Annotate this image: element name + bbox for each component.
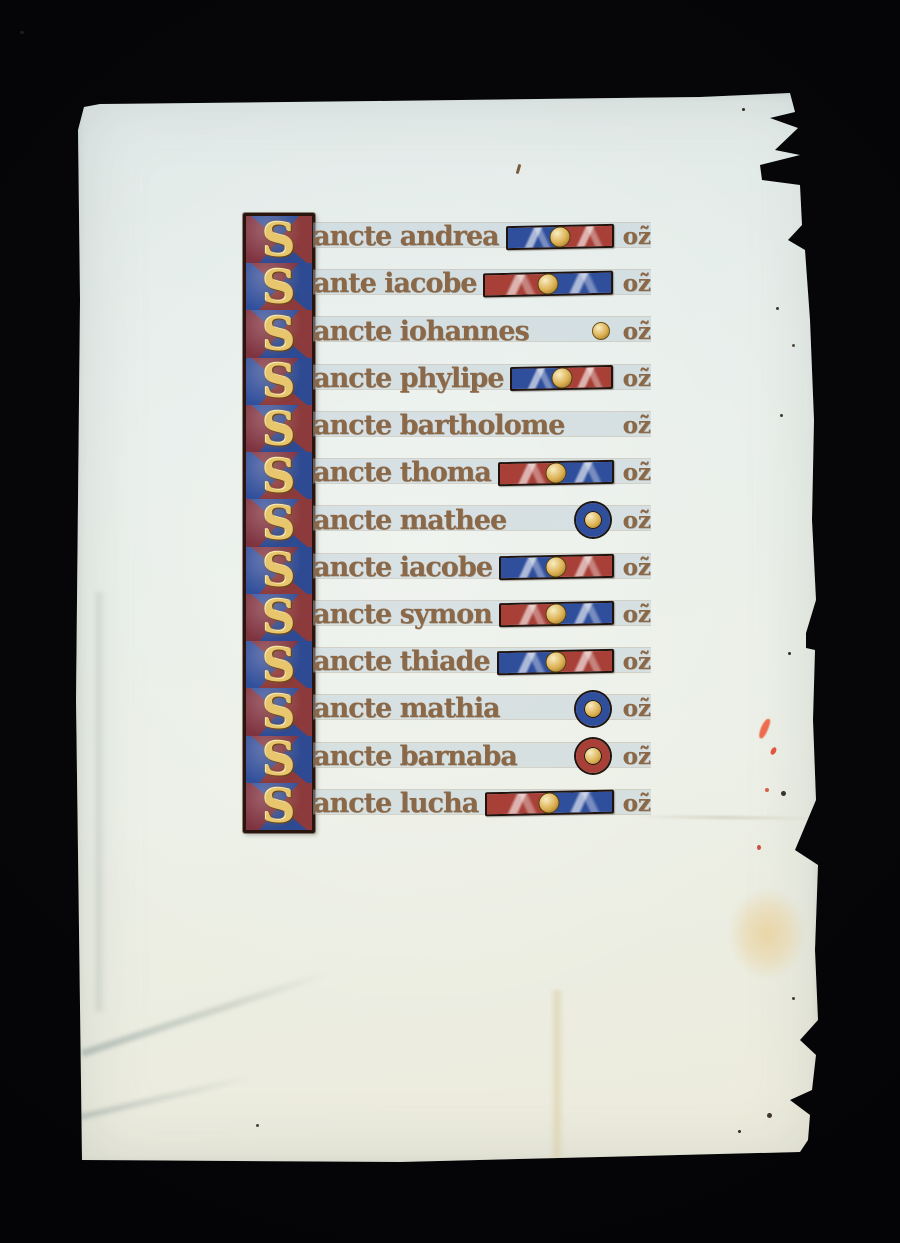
ora-abbreviation: oz̃	[623, 743, 651, 770]
ora-abbreviation: oz̃	[623, 318, 651, 345]
ora-abbreviation: oz̃	[623, 790, 651, 817]
line-filler-ring	[576, 739, 610, 773]
manuscript-leaf: S S S S S S S S S S S S S ancte andrea o…	[76, 92, 820, 1165]
vertical-crease	[550, 990, 564, 1162]
illuminated-initial: S	[246, 594, 312, 641]
horizontal-crease	[632, 815, 818, 820]
photo-black-backdrop: S S S S S S S S S S S S S ancte andrea o…	[0, 0, 900, 1243]
litany-line: ancte thoma oz̃	[313, 449, 651, 496]
illuminated-initial: S	[246, 405, 312, 452]
ora-abbreviation: oz̃	[623, 648, 651, 675]
litany-line-text: ancte thoma	[313, 457, 491, 488]
gold-bezant	[545, 462, 566, 483]
litany-line: ancte symon oz̃	[313, 591, 651, 638]
gold-bezant	[592, 322, 610, 340]
litany-line: ante iacobe oz̃	[313, 260, 651, 307]
ora-abbreviation: oz̃	[623, 554, 651, 581]
line-filler-bar	[483, 270, 613, 297]
line-filler-bar	[499, 554, 614, 580]
diagonal-crease	[81, 970, 330, 1057]
litany-line-text: ancte andrea	[313, 221, 499, 252]
litany-line-text: ancte lucha	[313, 788, 478, 819]
illuminated-initial: S	[246, 358, 312, 405]
line-filler-ornament	[476, 272, 620, 296]
red-pigment-speck	[757, 845, 761, 850]
illuminated-initial: S	[246, 783, 312, 830]
litany-line-text: ancte phylipe	[313, 363, 503, 394]
ora-abbreviation: oz̃	[623, 412, 651, 439]
line-filler-ornament	[503, 366, 620, 390]
litany-line: ancte phylipe oz̃	[313, 355, 651, 402]
ora-abbreviation: oz̃	[623, 223, 651, 250]
line-filler-bar	[510, 365, 613, 391]
litany-line-text: ante iacobe	[313, 268, 476, 299]
line-filler-bar	[497, 648, 614, 674]
litany-line-text: ancte iacobe	[313, 552, 492, 583]
illuminated-initial: S	[246, 452, 312, 499]
ora-abbreviation: oz̃	[623, 695, 651, 722]
litany-line: ancte mathee oz̃	[313, 496, 651, 543]
litany-line-text: ancte bartholome	[313, 410, 564, 441]
left-margin-shading	[96, 592, 106, 1012]
red-pigment-streak	[757, 717, 771, 739]
ora-abbreviation: oz̃	[623, 459, 651, 486]
litany-text-block: ancte andrea oz̃ ante iacobe oz̃ ancte i…	[313, 213, 651, 827]
litany-line: ancte mathia oz̃	[313, 685, 651, 732]
gold-bezant	[545, 651, 566, 672]
ora-abbreviation: oz̃	[623, 507, 651, 534]
line-filler-ornament	[500, 692, 621, 726]
line-filler-ornament	[529, 322, 621, 340]
ora-abbreviation: oz̃	[623, 365, 651, 392]
illuminated-initial: S	[246, 499, 312, 546]
litany-line: ancte thiade oz̃	[313, 638, 651, 685]
litany-line-text: ancte iohannes	[313, 316, 529, 347]
line-filler-bar	[499, 601, 614, 627]
diagonal-crease	[79, 1074, 256, 1120]
backdrop-dust-speck	[20, 31, 24, 34]
line-filler-ornament	[490, 650, 621, 674]
litany-line: ancte lucha oz̃	[313, 780, 651, 827]
litany-line: ancte iacobe oz̃	[313, 544, 651, 591]
red-pigment-speck	[769, 746, 777, 755]
litany-line-text: ancte thiade	[313, 646, 490, 677]
gold-bezant	[549, 226, 570, 247]
litany-line-text: ancte symon	[313, 599, 492, 630]
litany-line: ancte bartholome oz̃	[313, 402, 651, 449]
edge-dirt-specks	[76, 92, 79, 95]
illuminated-initial: S	[246, 641, 312, 688]
line-filler-ornament	[499, 225, 621, 249]
line-filler-ornament	[492, 602, 621, 626]
illuminated-initial: S	[246, 736, 312, 783]
line-filler-bar	[506, 223, 614, 249]
illuminated-initial: S	[246, 263, 312, 310]
red-pigment-speck	[765, 788, 769, 792]
line-filler-bar	[498, 460, 614, 486]
ora-abbreviation: oz̃	[623, 270, 651, 297]
litany-line-text: ancte mathee	[313, 505, 506, 536]
line-filler-ornament	[517, 739, 621, 773]
illuminated-initial-band: S S S S S S S S S S S S S	[243, 213, 315, 833]
line-filler-ornament	[506, 503, 620, 537]
litany-line-text: ancte mathia	[313, 693, 500, 724]
line-filler-ornament	[478, 791, 621, 815]
litany-line: ancte iohannes oz̃	[313, 307, 651, 354]
litany-line-text: ancte barnaba	[313, 741, 517, 772]
line-filler-ring	[576, 503, 610, 537]
line-filler-ring	[576, 692, 610, 726]
illuminated-initial: S	[246, 688, 312, 735]
tan-stain	[728, 888, 806, 980]
illuminated-initial: S	[246, 216, 312, 263]
litany-line: ancte andrea oz̃	[313, 213, 651, 260]
ora-abbreviation: oz̃	[623, 601, 651, 628]
line-filler-bar	[485, 790, 614, 817]
illuminated-initial: S	[246, 547, 312, 594]
small-ink-mark	[516, 164, 522, 174]
line-filler-ornament	[491, 461, 621, 485]
line-filler-ornament	[492, 555, 621, 579]
illuminated-initial: S	[246, 310, 312, 357]
litany-line: ancte barnaba oz̃	[313, 733, 651, 780]
